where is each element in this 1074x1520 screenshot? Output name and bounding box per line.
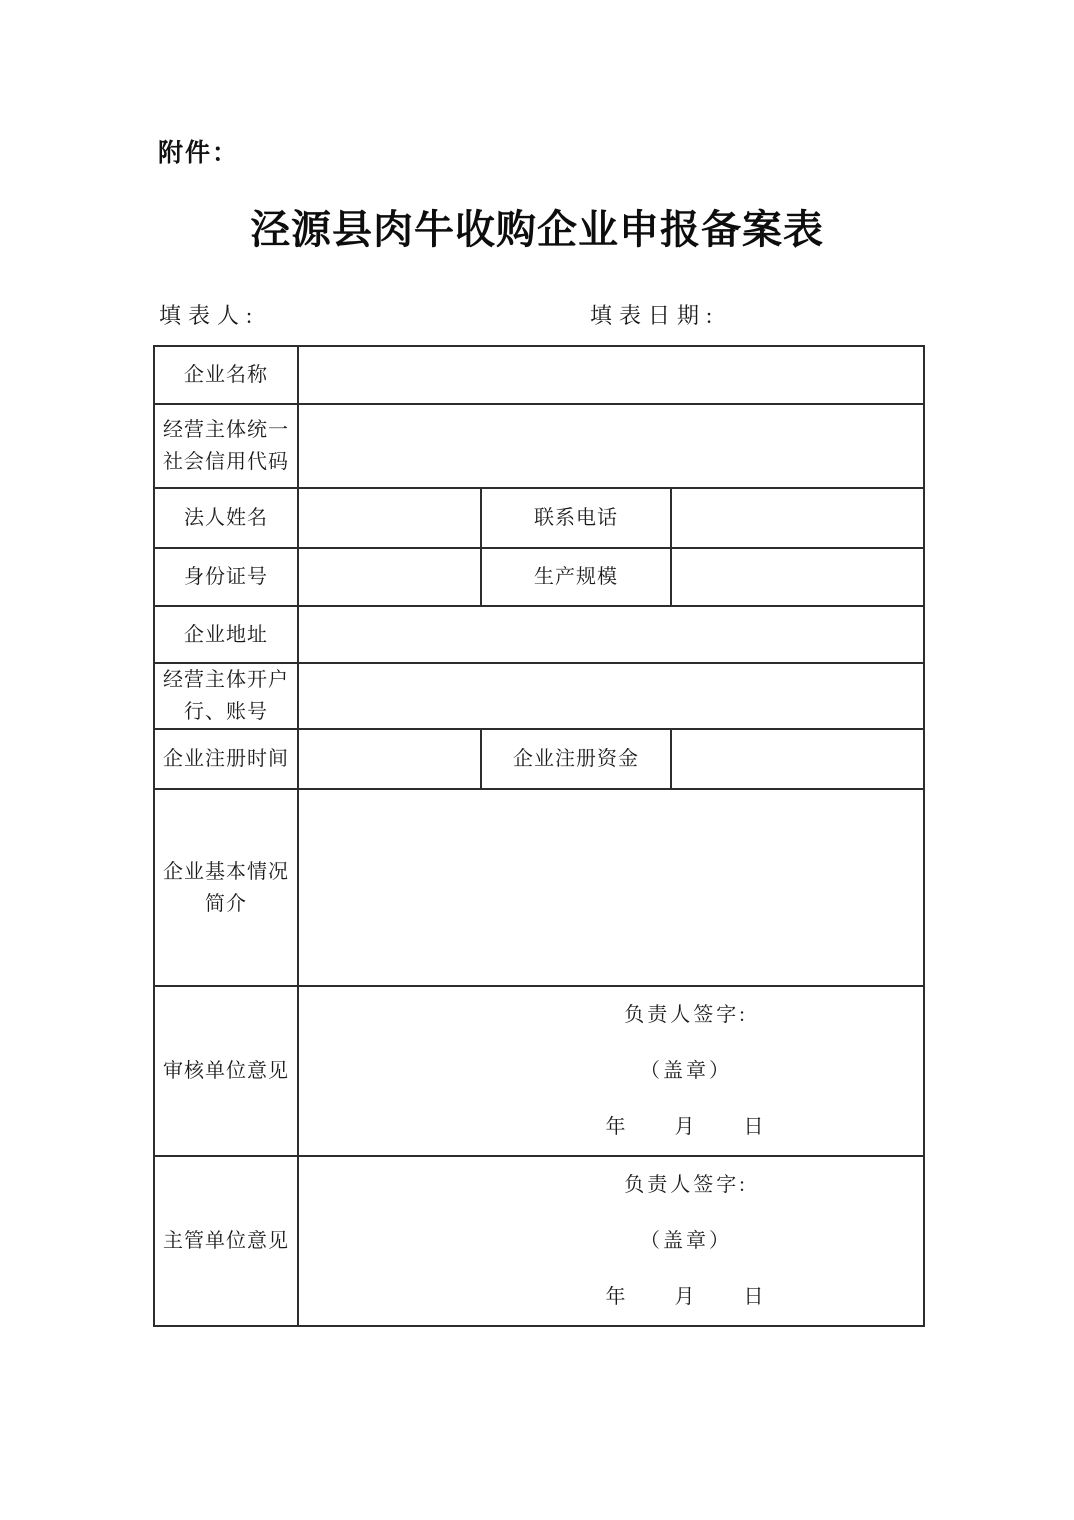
- form-filler-label: 填表人:: [159, 299, 259, 330]
- company-profile-field[interactable]: [298, 789, 924, 986]
- company-address-field[interactable]: [298, 606, 924, 663]
- contact-phone-field[interactable]: [671, 488, 924, 548]
- review-seal-label: （盖章）: [449, 1043, 923, 1099]
- production-scale-field[interactable]: [671, 548, 924, 606]
- production-scale-label: 生产规模: [481, 548, 671, 606]
- row-bank-account: 经营主体开户 行、账号: [154, 663, 924, 729]
- registration-time-label: 企业注册时间: [154, 729, 298, 789]
- company-name-label: 企业名称: [154, 346, 298, 404]
- supervisor-opinion-label: 主管单位意见: [154, 1156, 298, 1326]
- supervisor-opinion-field[interactable]: 负责人签字: （盖章） 年 月 日: [298, 1156, 924, 1326]
- registration-form-table: 企业名称 经营主体统一 社会信用代码 法人姓名 联系电话 身份证号 生产规模: [153, 345, 925, 1327]
- id-number-label: 身份证号: [154, 548, 298, 606]
- review-opinion-label: 审核单位意见: [154, 986, 298, 1156]
- supervisor-seal-label: （盖章）: [449, 1213, 923, 1269]
- row-id-number: 身份证号 生产规模: [154, 548, 924, 606]
- bank-account-field[interactable]: [298, 663, 924, 729]
- registration-time-field[interactable]: [298, 729, 481, 789]
- bank-account-label-line1: 经营主体开户: [155, 664, 297, 696]
- credit-code-label-line1: 经营主体统一: [155, 414, 297, 446]
- row-supervisor-opinion: 主管单位意见 负责人签字: （盖章） 年 月 日: [154, 1156, 924, 1326]
- credit-code-label-line2: 社会信用代码: [155, 446, 297, 478]
- row-company-name: 企业名称: [154, 346, 924, 404]
- page-title: 泾源县肉牛收购企业申报备案表: [0, 198, 1074, 255]
- company-address-label: 企业地址: [154, 606, 298, 663]
- attachment-label: 附件：: [158, 133, 239, 169]
- credit-code-label: 经营主体统一 社会信用代码: [154, 404, 298, 488]
- company-profile-label-line1: 企业基本情况: [155, 856, 297, 888]
- company-name-field[interactable]: [298, 346, 924, 404]
- row-company-profile: 企业基本情况 简介: [154, 789, 924, 986]
- row-review-opinion: 审核单位意见 负责人签字: （盖章） 年 月 日: [154, 986, 924, 1156]
- legal-person-label: 法人姓名: [154, 488, 298, 548]
- row-company-address: 企业地址: [154, 606, 924, 663]
- supervisor-date-line: 年 月 日: [449, 1269, 923, 1325]
- registration-capital-label: 企业注册资金: [481, 729, 671, 789]
- review-date-line: 年 月 日: [449, 1099, 923, 1155]
- registration-capital-field[interactable]: [671, 729, 924, 789]
- supervisor-signature-label: 负责人签字:: [449, 1157, 923, 1213]
- row-credit-code: 经营主体统一 社会信用代码: [154, 404, 924, 488]
- form-date-label: 填表日期:: [590, 299, 719, 330]
- review-opinion-field[interactable]: 负责人签字: （盖章） 年 月 日: [298, 986, 924, 1156]
- bank-account-label: 经营主体开户 行、账号: [154, 663, 298, 729]
- review-signature-label: 负责人签字:: [449, 987, 923, 1043]
- contact-phone-label: 联系电话: [481, 488, 671, 548]
- company-profile-label: 企业基本情况 简介: [154, 789, 298, 986]
- bank-account-label-line2: 行、账号: [155, 696, 297, 728]
- company-profile-label-line2: 简介: [155, 888, 297, 920]
- row-registration: 企业注册时间 企业注册资金: [154, 729, 924, 789]
- row-legal-person: 法人姓名 联系电话: [154, 488, 924, 548]
- legal-person-field[interactable]: [298, 488, 481, 548]
- document-page: 附件： 泾源县肉牛收购企业申报备案表 填表人: 填表日期: 企业名称 经营主体统…: [0, 0, 1074, 1520]
- id-number-field[interactable]: [298, 548, 481, 606]
- credit-code-field[interactable]: [298, 404, 924, 488]
